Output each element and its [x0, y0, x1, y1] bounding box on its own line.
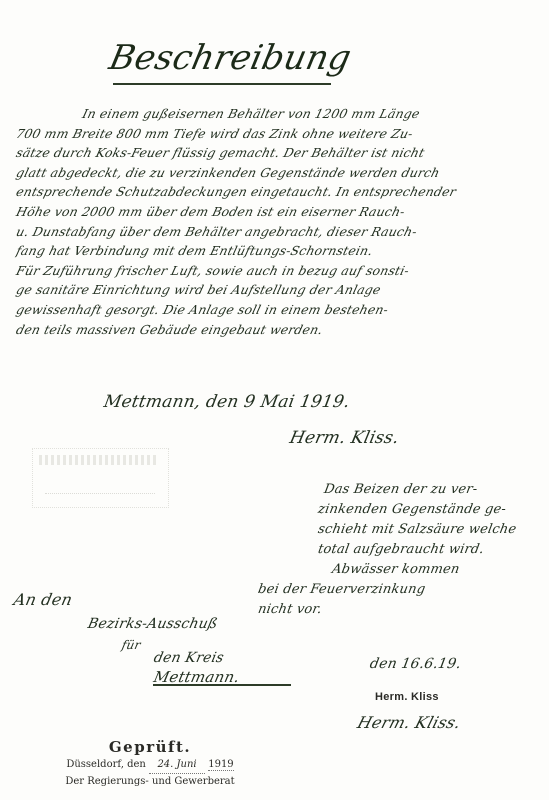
- body-line: 700 mm Breite 800 mm Tiefe wird das Zink…: [14, 124, 539, 144]
- body-line: Höhe von 2000 mm über dem Boden ist ein …: [14, 202, 539, 222]
- approval-title: Geprüft.: [40, 737, 260, 757]
- note-date: den 16.6.19.: [369, 656, 463, 672]
- approval-authority: Der Regierungs- und Gewerberat: [40, 774, 260, 790]
- title-underline: [113, 83, 331, 85]
- address-underline: [153, 684, 291, 686]
- body-line: ge sanitäre Einrichtung wird bei Aufstel…: [14, 280, 539, 300]
- note-line: zinkenden Gegenstände ge-: [316, 500, 549, 520]
- stamp-dotted-line: [45, 493, 155, 495]
- body-line: u. Dunstabfang über dem Behälter angebra…: [14, 222, 539, 242]
- stamp-text-band: [39, 455, 159, 465]
- recipient-address: An den Bezirks-Ausschuß für den Kreis Me…: [14, 580, 304, 700]
- note-line: Abwässer kommen: [316, 560, 549, 580]
- body-line: In einem gußeisernen Behälter von 1200 m…: [14, 104, 539, 124]
- address-line: den Kreis: [152, 650, 225, 666]
- signature-handwritten: Herm. Kliss.: [288, 428, 401, 448]
- approval-date: 24. Juni: [149, 757, 205, 774]
- approval-year: 1919: [208, 759, 233, 771]
- body-line: gewissenhaft gesorgt. Die Anlage soll in…: [14, 300, 539, 320]
- note-line: total aufgebraucht wird.: [316, 540, 549, 560]
- address-line: Bezirks-Ausschuß: [86, 616, 219, 632]
- approval-place: Düsseldorf, den: [66, 759, 146, 770]
- faded-stamp: [32, 448, 169, 508]
- body-line: Für Zuführung frischer Luft, sowie auch …: [14, 261, 539, 281]
- signature-handwritten-2: Herm. Kliss.: [355, 713, 463, 732]
- body-line: sätze durch Koks-Feuer flüssig gemacht. …: [14, 143, 539, 163]
- note-line: Das Beizen der zu ver-: [316, 480, 549, 500]
- address-line: für: [121, 638, 142, 652]
- note-line: schieht mit Salzsäure welche: [316, 520, 549, 540]
- description-body: In einem gußeisernen Behälter von 1200 m…: [14, 104, 534, 339]
- address-line: An den: [12, 590, 74, 609]
- body-line: entsprechende Schutzabdeckungen eingetau…: [14, 182, 539, 202]
- body-line: glatt abgedeckt, die zu verzinkenden Geg…: [14, 163, 539, 183]
- printed-name-stamp: Herm. Kliss: [375, 691, 439, 703]
- scanned-document-page: Beschreibung In einem gußeisernen Behält…: [0, 0, 549, 800]
- body-line: fang hat Verbindung mit dem Entlüftungs-…: [14, 241, 539, 261]
- document-title: Beschreibung: [106, 38, 345, 78]
- approval-place-date: Düsseldorf, den 24. Juni 1919: [40, 757, 260, 774]
- approval-stamp: Geprüft. Düsseldorf, den 24. Juni 1919 D…: [40, 737, 260, 790]
- pickling-note: Das Beizen der zu ver- zinkenden Gegenst…: [318, 480, 548, 620]
- place-and-date: Mettmann, den 9 Mai 1919.: [102, 392, 351, 412]
- body-line: den teils massiven Gebäude eingebaut wer…: [14, 320, 539, 340]
